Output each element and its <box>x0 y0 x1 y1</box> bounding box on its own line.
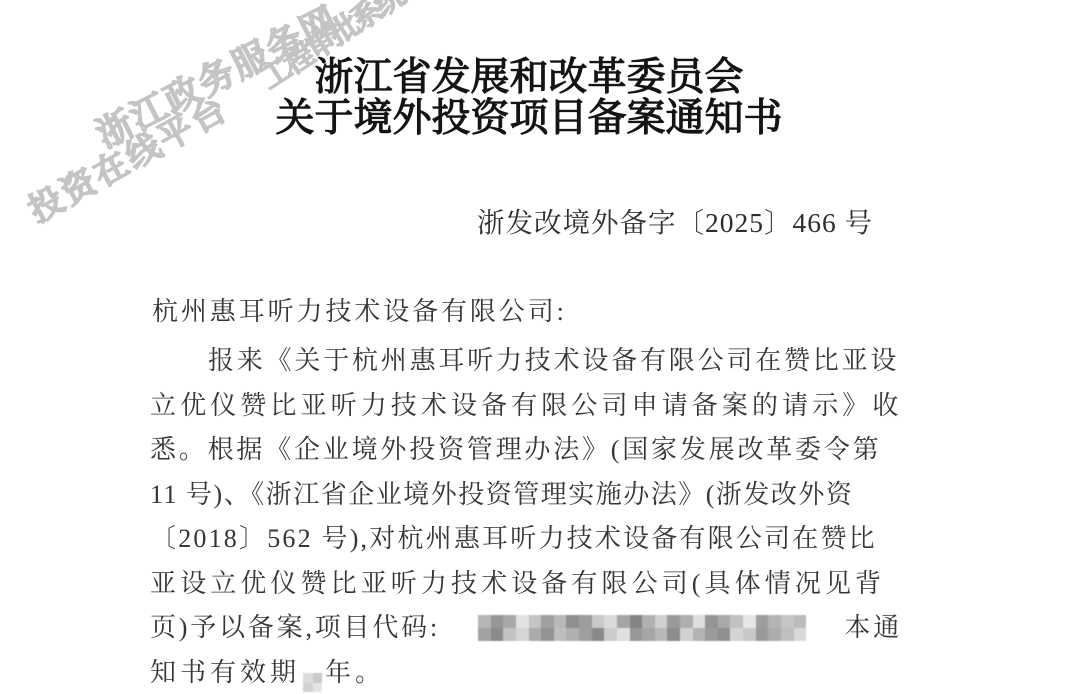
redacted-validity-years-mosaic <box>303 673 322 692</box>
body-line-8: 知书有效期年。 <box>150 651 902 694</box>
document-body: 报来《关于杭州惠耳听力技术设备有限公司在赞比亚设 立优仪赞比亚听力技术设备有限公… <box>150 339 902 694</box>
addressee-company-name: 杭州惠耳听力技术设备有限公司: <box>152 291 567 328</box>
document-title: 浙江省发展和改革委员会 关于境外投资项目备案通知书 <box>0 57 1058 139</box>
body-line-4: 11 号)、《浙江省企业境外投资管理实施办法》(浙发改外资 <box>150 473 902 518</box>
body-line-7-text-before: 页)予以备案,项目代码: <box>150 606 440 651</box>
body-line-2: 立优仪赞比亚听力技术设备有限公司申请备案的请示》收 <box>150 384 902 429</box>
body-line-8-text-after: 年。 <box>325 658 385 687</box>
redacted-project-code-mosaic <box>478 615 806 641</box>
document-reference-number: 浙发改境外备字〔2025〕466 号 <box>477 200 873 240</box>
official-document-page: 浙江政务服务网 工程审批系统 投资在线平台 浙江省发展和改革委员会 关于境外投资… <box>0 0 1070 694</box>
document-title-line2: 关于境外投资项目备案通知书 <box>0 98 1058 139</box>
body-line-8-text-before: 知书有效期 <box>150 658 300 687</box>
body-line-7-text-after: 本通 <box>844 606 902 651</box>
body-line-1: 报来《关于杭州惠耳听力技术设备有限公司在赞比亚设 <box>150 339 902 384</box>
body-line-6: 亚设立优仪赞比亚听力技术设备有限公司(具体情况见背 <box>150 562 902 607</box>
body-line-7: 页)予以备案,项目代码: 本通 <box>150 606 902 651</box>
body-line-5: 〔2018〕562 号),对杭州惠耳听力技术设备有限公司在赞比 <box>150 517 902 562</box>
document-title-line1: 浙江省发展和改革委员会 <box>0 57 1058 98</box>
body-line-3: 悉。根据《企业境外投资管理办法》(国家发展改革委令第 <box>150 428 902 473</box>
